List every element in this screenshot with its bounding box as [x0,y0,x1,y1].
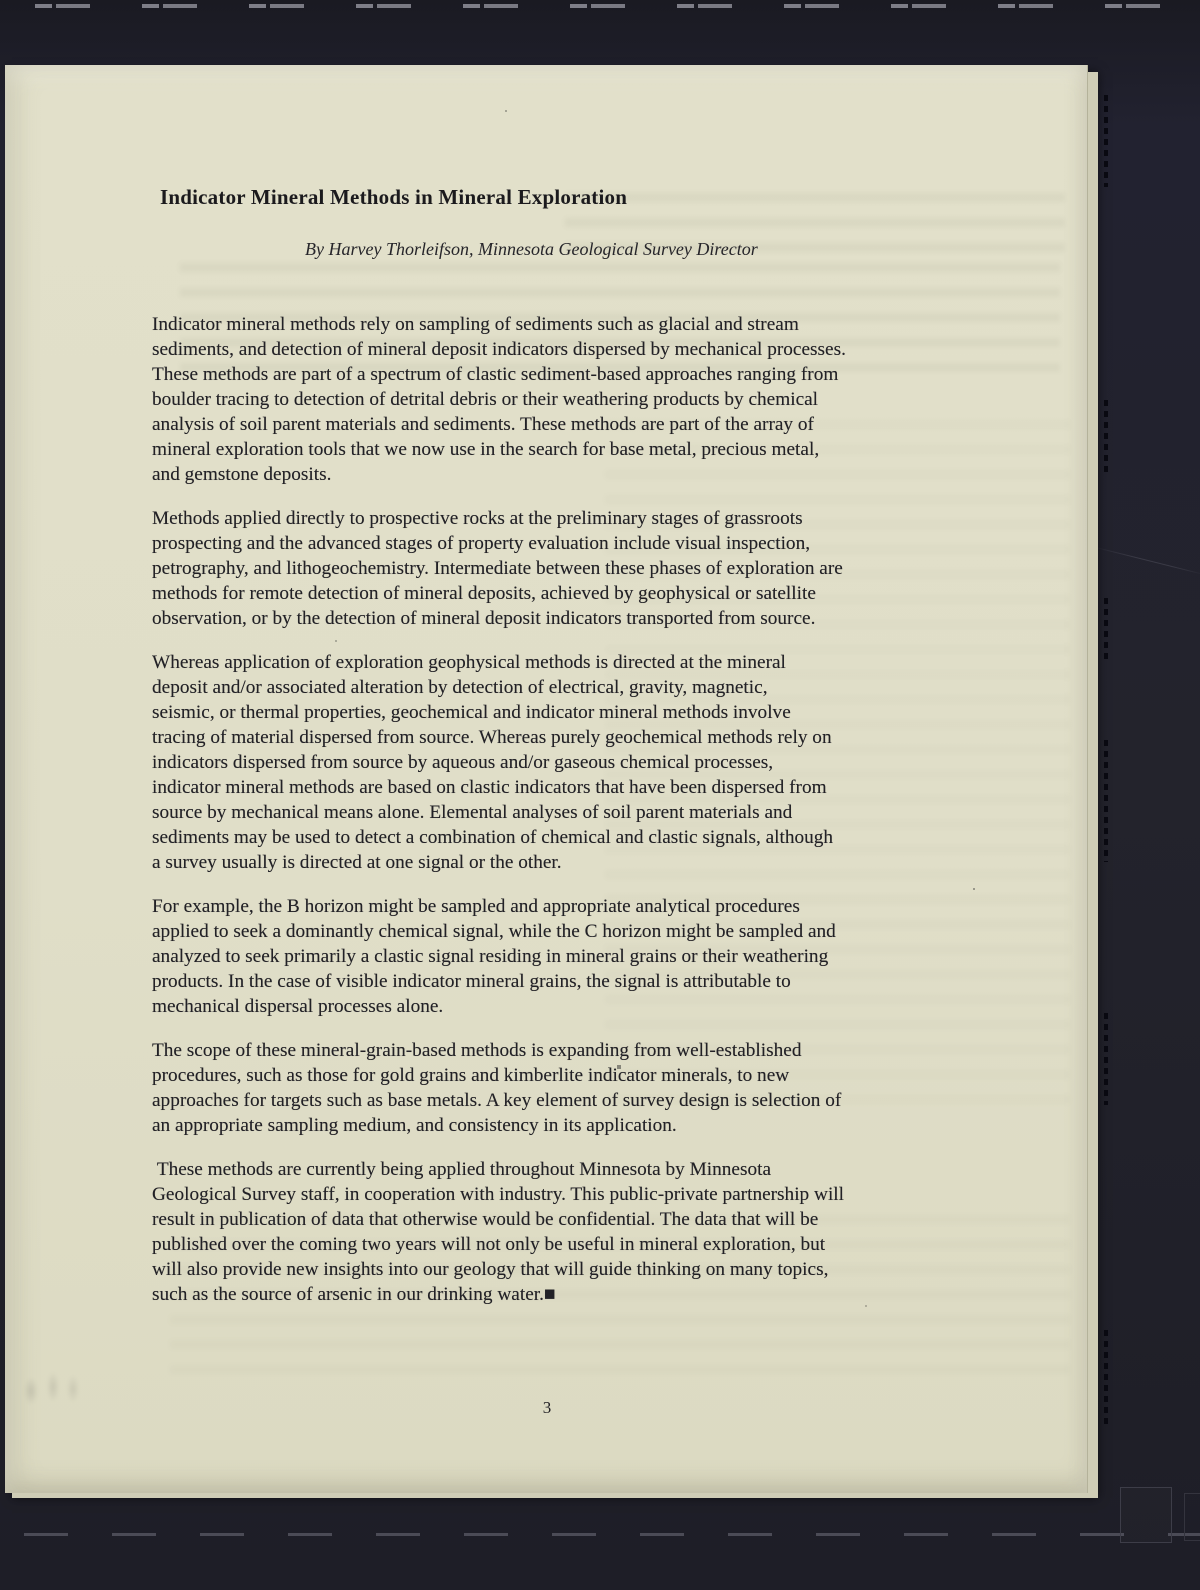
paragraph: Indicator mineral methods rely on sampli… [152,312,962,487]
paragraph: Methods applied directly to prospective … [152,506,962,631]
film-edge-dashes-top [0,4,1200,8]
film-edge-dashes-bottom [24,1533,1200,1536]
paragraph: Whereas application of exploration geoph… [152,650,962,875]
paragraph: For example, the B horizon might be samp… [152,894,962,1019]
article-body: Indicator mineral methods rely on sampli… [152,312,962,1326]
film-sprocket-mark [1104,1013,1108,1105]
page-number: 3 [152,1398,942,1418]
film-frame-marker [1120,1487,1172,1543]
document-page: Indicator Mineral Methods in Mineral Exp… [5,65,1088,1493]
dust-specks [5,65,7,67]
pencil-smudge [19,1363,85,1415]
paragraph: The scope of these mineral-grain-based m… [152,1038,962,1138]
article-byline: By Harvey Thorleifson, Minnesota Geologi… [305,239,758,260]
film-sprocket-mark [1104,740,1108,862]
film-sprocket-mark [1104,1330,1108,1425]
film-sprocket-mark [1104,400,1108,472]
paragraph: These methods are currently being applie… [152,1157,962,1307]
film-sprocket-mark [1104,598,1108,660]
article-title: Indicator Mineral Methods in Mineral Exp… [160,185,627,210]
film-sprocket-mark [1104,95,1108,187]
film-frame-marker [1184,1493,1200,1541]
